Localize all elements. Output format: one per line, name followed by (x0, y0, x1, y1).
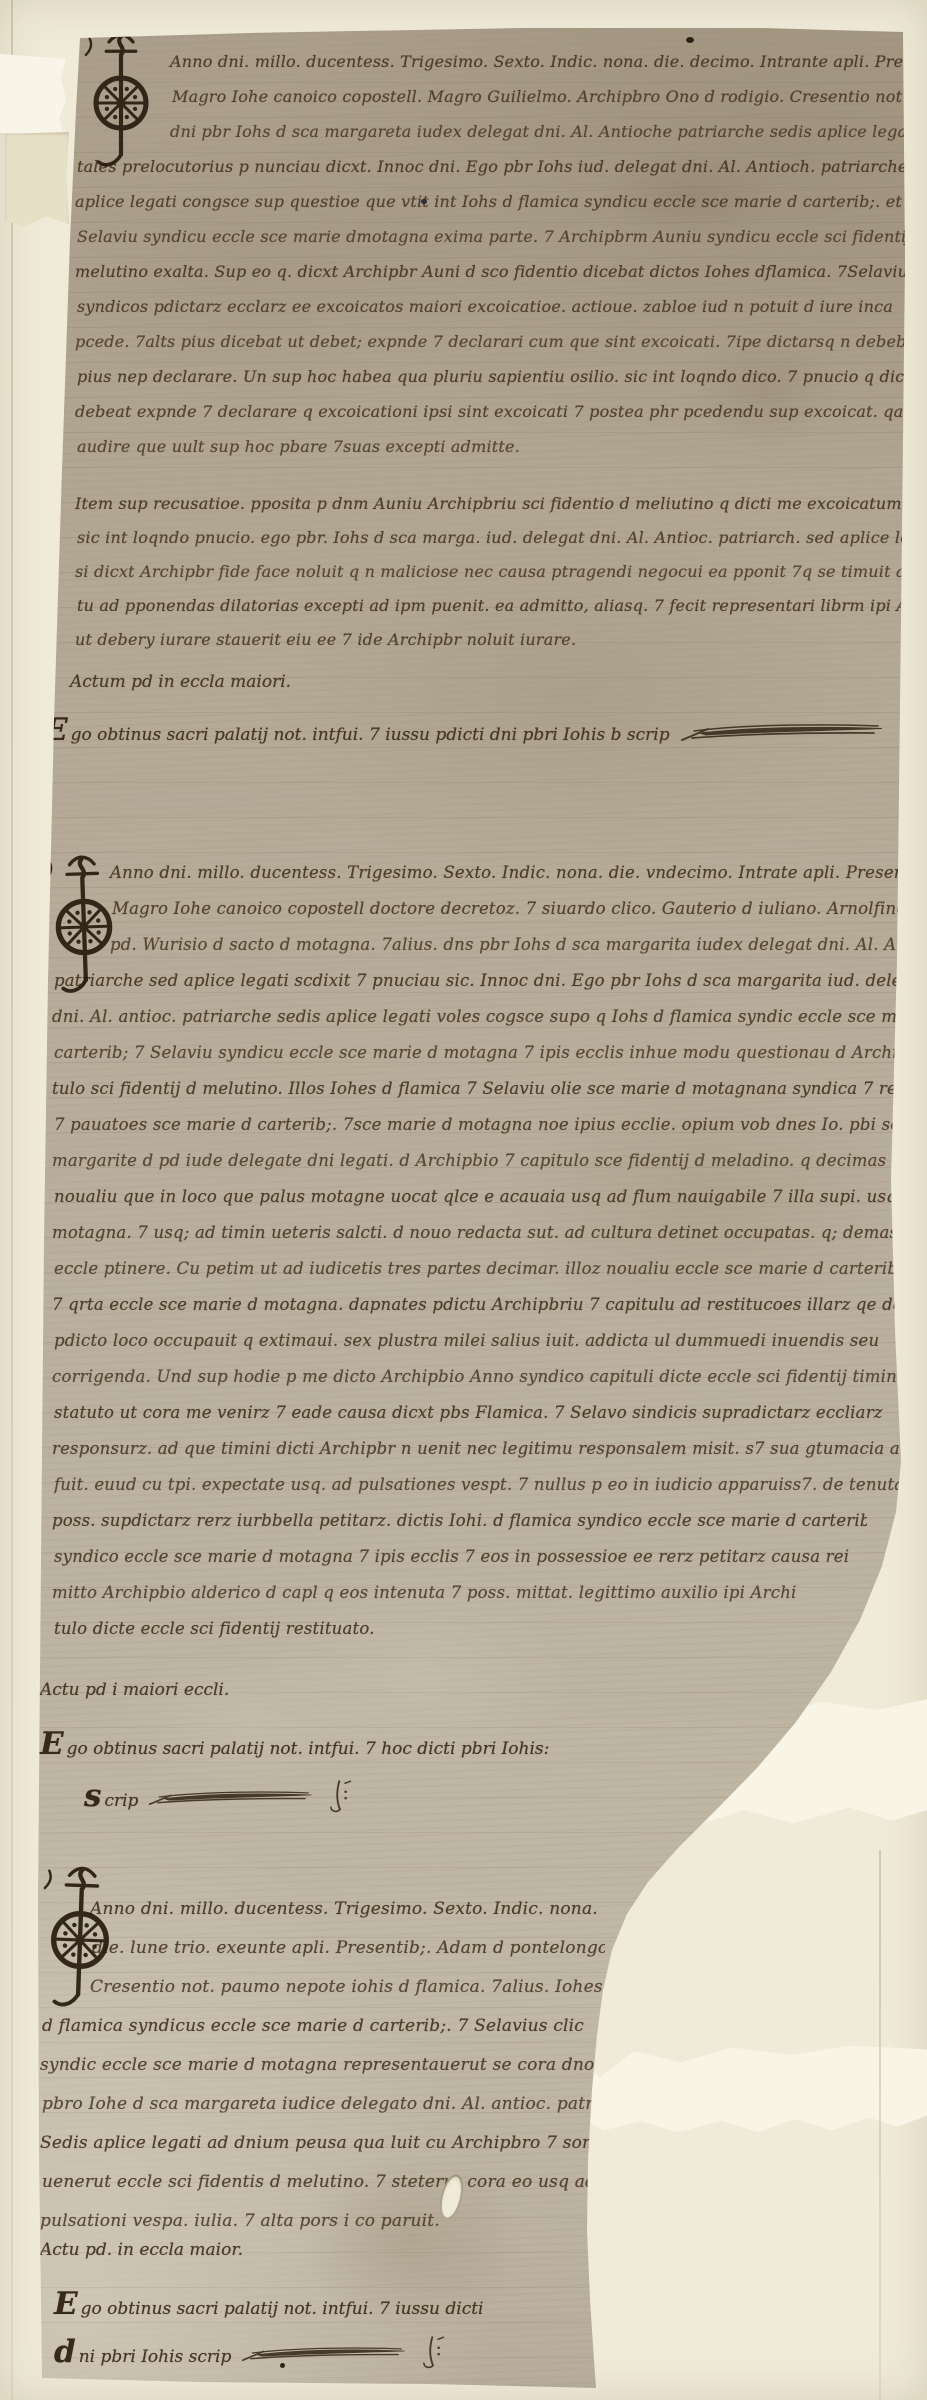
charter-entry-3-paragraph: Anno dni. millo. ducentess. Trigesimo. S… (40, 1892, 605, 2243)
text-line: aplice legati congsce sup questioe que v… (75, 186, 905, 221)
text-line: Anno dni. millo. ducentess. Trigesimo. S… (52, 856, 905, 892)
text-line: audire que uult sup hoc pbare 7suas exce… (77, 431, 905, 466)
text-line: sic int loqndo pnucio. ego pbr. Iohs d s… (77, 522, 905, 556)
text-line: statuto ut cora me venirz 7 eade causa d… (54, 1396, 905, 1432)
text-line: tales prelocutorius p nunciau dicxt. Inn… (77, 151, 905, 186)
text-line: si dicxt Archipbr fide face noluit q n m… (75, 556, 905, 590)
text-line: syndicos pdictarz ecclarz ee excoicatos … (77, 291, 905, 326)
notary-subscription-text: Ego obtinus sacri palatij not. intfui. 7… (54, 2286, 484, 2322)
text-line: tulo dicte eccle sci fidentij restituato… (54, 1612, 905, 1648)
torn-paper-strip-top-left (0, 54, 66, 136)
notary-subscription-entry-3-line-2: dni pbri Iohis scrip (54, 2334, 445, 2370)
actum-line-entry-1: Actum pd in eccla maiori. (70, 672, 291, 692)
notarial-rota-icon (38, 1863, 121, 2018)
notary-subscription-text: dni pbri Iohis scrip (54, 2334, 231, 2370)
text-line: dni pbr Iohs d sca margareta iudex deleg… (75, 116, 905, 151)
text-line: pcede. 7alts pius dicebat ut debet; expn… (75, 326, 905, 361)
notary-subscription-text: scrip (84, 1778, 138, 1814)
ink-speck (686, 37, 694, 43)
notary-subscription-entry-2: Ego obtinus sacri palatij not. intfui. 7… (40, 1726, 549, 1762)
text-line: pius nep declarare. Un sup hoc habea qua… (77, 361, 905, 396)
text-line: debeat expnde 7 declarare q excoicationi… (75, 396, 905, 431)
charter-entry-1-paragraph-1: Anno dni. millo. ducentess. Trigesimo. S… (75, 46, 905, 466)
text-line: Sedis aplice legati ad dnium peusa qua l… (40, 2126, 605, 2165)
actum-line-entry-2: Actu pd i maiori eccli. (40, 1680, 229, 1700)
charter-entry-2-paragraph: Anno dni. millo. ducentess. Trigesimo. S… (52, 856, 905, 1648)
text-line: Item sup recusatioe. pposita p dnm Auniu… (75, 488, 905, 522)
text-line: margarite d pd iude delegate dni legati.… (52, 1144, 905, 1180)
notary-mark-icon (421, 2334, 445, 2370)
text-line: dni. Al. antioc. patriarche sedis aplice… (52, 1000, 905, 1036)
text-line: Magro Iohe canoico copostell. Magro Guil… (77, 81, 905, 116)
charter-entry-1-paragraph-2: Item sup recusatioe. pposita p dnm Auniu… (75, 488, 905, 658)
text-line: mitto Archipbio alderico d capl q eos in… (52, 1576, 797, 1612)
text-line: poss. supdictarz rerz iurbbella petitarz… (52, 1504, 867, 1540)
text-line: Anno dni. millo. ducentess. Trigesimo. S… (40, 1892, 605, 1931)
text-line: pbro Iohe d sca margareta iudice delegat… (42, 2087, 605, 2126)
mat-crease-left (11, 0, 13, 2400)
notarial-rota-icon (43, 851, 124, 1004)
text-line: 7 pauatoes sce marie d carterib;. 7sce m… (54, 1108, 905, 1144)
text-line: melutino exalta. Sup eo q. dicxt Archipb… (75, 256, 905, 291)
text-line: syndico eccle sce marie d motagna 7 ipis… (54, 1540, 849, 1576)
text-line: 7 qrta eccle sce marie d motagna. dapnat… (52, 1288, 905, 1324)
notary-subscription-entry-2-line-2: scrip (84, 1778, 352, 1814)
text-line: die. lune trio. exeunte apli. Presentib;… (42, 1931, 605, 1970)
ink-speck (421, 199, 427, 204)
text-line: motagna. 7 usq; ad timin ueteris salcti.… (52, 1216, 905, 1252)
text-line: patriarche sed aplice legati scdixit 7 p… (54, 964, 905, 1000)
notarial-rota-icon (84, 30, 158, 176)
text-line: tulo sci fidentij d melutino. Illos Iohe… (52, 1072, 905, 1108)
pen-flourish-icon (148, 1786, 318, 1808)
notary-subscription-text: Ego obtinus sacri palatij not. intfui. 7… (40, 1726, 549, 1762)
ink-speck (280, 2363, 285, 2368)
notary-subscription-entry-3: Ego obtinus sacri palatij not. intfui. 7… (54, 2286, 484, 2322)
text-line: pulsationi vespa. iulia. 7 alta pors i c… (40, 2204, 605, 2243)
pen-flourish-icon (680, 720, 890, 742)
text-line: Anno dni. millo. ducentess. Trigesimo. S… (75, 46, 905, 81)
text-line: pdicto loco occupauit q extimaui. sex pl… (54, 1324, 905, 1360)
text-line: responsurz. ad que timini dicti Archipbr… (52, 1432, 905, 1468)
text-line: Magro Iohe canoico copostell doctore dec… (54, 892, 905, 928)
mat-crease-right (879, 1850, 881, 2400)
text-line: corrigenda. Und sup hodie p me dicto Arc… (52, 1360, 905, 1396)
text-line: ut debery iurare stauerit eiu ee 7 ide A… (75, 624, 905, 658)
notary-mark-icon (328, 1778, 352, 1814)
text-line: pd. Wurisio d sacto d motagna. 7alius. d… (52, 928, 905, 964)
pen-flourish-icon (241, 2342, 411, 2364)
text-line: uenerut eccle sci fidentis d melutino. 7… (42, 2165, 605, 2204)
text-line: Cresentio not. paumo nepote iohis d flam… (40, 1970, 605, 2009)
manuscript-photo: { "document_type_label": "notarial parch… (0, 0, 927, 2400)
notary-subscription-entry-1: Ego obtinus sacri palatij not. intfui. 7… (44, 712, 924, 748)
text-line: syndic eccle sce marie d motagna represe… (40, 2048, 605, 2087)
text-line: tu ad pponendas dilatorias excepti ad ip… (77, 590, 905, 624)
parchment-stain (120, 1640, 380, 1800)
text-line: carterib; 7 Selaviu syndicu eccle sce ma… (54, 1036, 905, 1072)
text-line: Selaviu syndicu eccle sce marie dmotagna… (77, 221, 905, 256)
text-line: eccle ptinere. Cu petim ut ad iudicetis … (54, 1252, 905, 1288)
text-line: d flamica syndicus eccle sce marie d car… (42, 2009, 605, 2048)
notary-subscription-text: Ego obtinus sacri palatij not. intfui. 7… (44, 712, 670, 748)
actum-line-entry-3: Actu pd. in eccla maior. (40, 2240, 243, 2260)
text-line: noualiu que in loco que palus motagne uo… (54, 1180, 905, 1216)
text-line: fuit. euud cu tpi. expectate usq. ad pul… (54, 1468, 905, 1504)
repair-patch-top-left (5, 132, 69, 228)
